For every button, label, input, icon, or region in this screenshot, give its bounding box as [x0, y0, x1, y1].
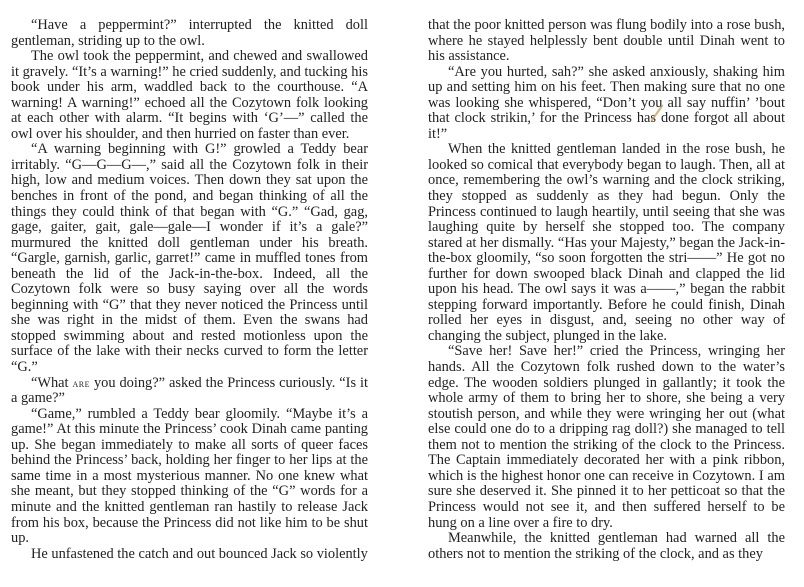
- paragraph: The owl took the peppermint, and chewed …: [11, 49, 368, 142]
- paragraph: “What are you doing?” asked the Princess…: [11, 376, 368, 407]
- paragraph: He unfastened the catch and out bounced …: [11, 547, 368, 563]
- paragraph: Meanwhile, the knitted gentleman had war…: [428, 531, 785, 562]
- paragraph: “Game,” rumbled a Teddy bear gloomily. “…: [11, 407, 368, 547]
- paragraph-continuation: that the poor knitted person was flung b…: [428, 18, 785, 65]
- paragraph: “Save her! Save her!” cried the Princess…: [428, 344, 785, 531]
- paragraph: “A warning beginning with G!” growled a …: [11, 142, 368, 375]
- text-run: “What: [31, 375, 73, 391]
- right-page: that the poor knitted person was flung b…: [428, 18, 785, 562]
- left-page: “Have a peppermint?” interrupted the kni…: [11, 18, 368, 562]
- book-spread: “Have a peppermint?” interrupted the kni…: [0, 0, 804, 587]
- paragraph: “Are you hurted, sah?” she asked anxious…: [428, 65, 785, 143]
- paragraph: When the knitted gentleman landed in the…: [428, 142, 785, 344]
- paragraph: “Have a peppermint?” interrupted the kni…: [11, 18, 368, 49]
- small-caps-emphasis: are: [73, 376, 91, 390]
